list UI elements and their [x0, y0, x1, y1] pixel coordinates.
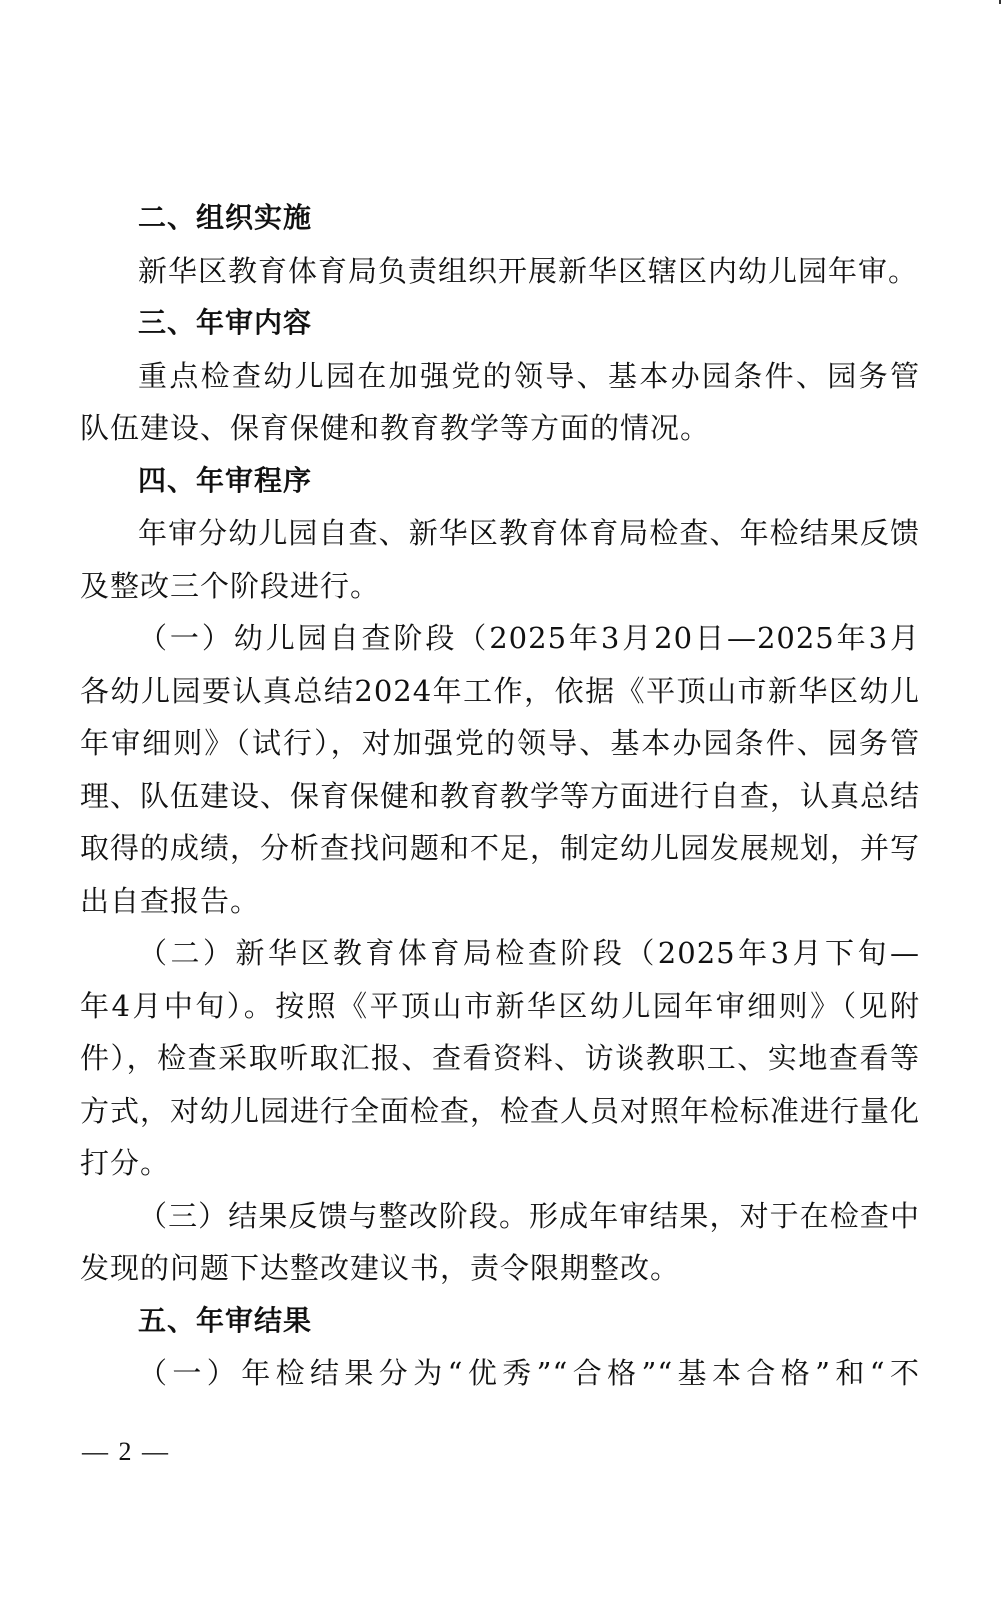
paragraph-line: 理、队伍建设、保育保健和教育教学等方面进行自查，认真总结: [80, 770, 920, 823]
section-heading-content: 三、年审内容: [80, 297, 920, 350]
paragraph-line: 新华区教育体育局负责组织开展新华区辖区内幼儿园年审。: [80, 245, 920, 298]
document-body: 二、组织实施 新华区教育体育局负责组织开展新华区辖区内幼儿园年审。 三、年审内容…: [80, 192, 920, 1400]
paragraph-line: 年审分幼儿园自查、新华区教育体育局检查、年检结果反馈: [80, 507, 920, 560]
section-heading-organization: 二、组织实施: [80, 192, 920, 245]
paragraph-line: 出自查报告。: [80, 875, 920, 928]
paragraph-line: （二）新华区教育体育局检查阶段（2025年3月下旬—2025: [80, 927, 920, 980]
paragraph-line: 年审细则》（试行），对加强党的领导、基本办园条件、园务管: [80, 717, 920, 770]
paragraph-line: 年4月中旬）。按照《平顶山市新华区幼儿园年审细则》（见附: [80, 980, 920, 1033]
paragraph-line: 队伍建设、保育保健和教育教学等方面的情况。: [80, 402, 920, 455]
paragraph-line: （一）年检结果分为“优秀”“合格”“基本合格”和“不: [80, 1347, 920, 1400]
document-page: 二、组织实施 新华区教育体育局负责组织开展新华区辖区内幼儿园年审。 三、年审内容…: [0, 0, 1001, 1600]
paragraph-line: 取得的成绩，分析查找问题和不足，制定幼儿园发展规划，并写: [80, 822, 920, 875]
section-heading-procedure: 四、年审程序: [80, 455, 920, 508]
paragraph-line: （一）幼儿园自查阶段（2025年3月20日—2025年3月24日）: [80, 612, 920, 665]
paragraph-line: 件），检查采取听取汇报、查看资料、访谈教职工、实地查看等: [80, 1032, 920, 1085]
paragraph-line: 各幼儿园要认真总结2024年工作，依据《平顶山市新华区幼儿园: [80, 665, 920, 718]
page-number: — 2 —: [82, 1437, 170, 1467]
paragraph-line: 方式，对幼儿园进行全面检查，检查人员对照年检标准进行量化: [80, 1085, 920, 1138]
paragraph-line: 发现的问题下达整改建议书，责令限期整改。: [80, 1242, 920, 1295]
paragraph-line: 打分。: [80, 1137, 920, 1190]
paragraph-line: 重点检查幼儿园在加强党的领导、基本办园条件、园务管理、: [80, 350, 920, 403]
section-heading-results: 五、年审结果: [80, 1295, 920, 1348]
paragraph-line: 及整改三个阶段进行。: [80, 560, 920, 613]
paragraph-line: （三）结果反馈与整改阶段。形成年审结果，对于在检查中: [80, 1190, 920, 1243]
